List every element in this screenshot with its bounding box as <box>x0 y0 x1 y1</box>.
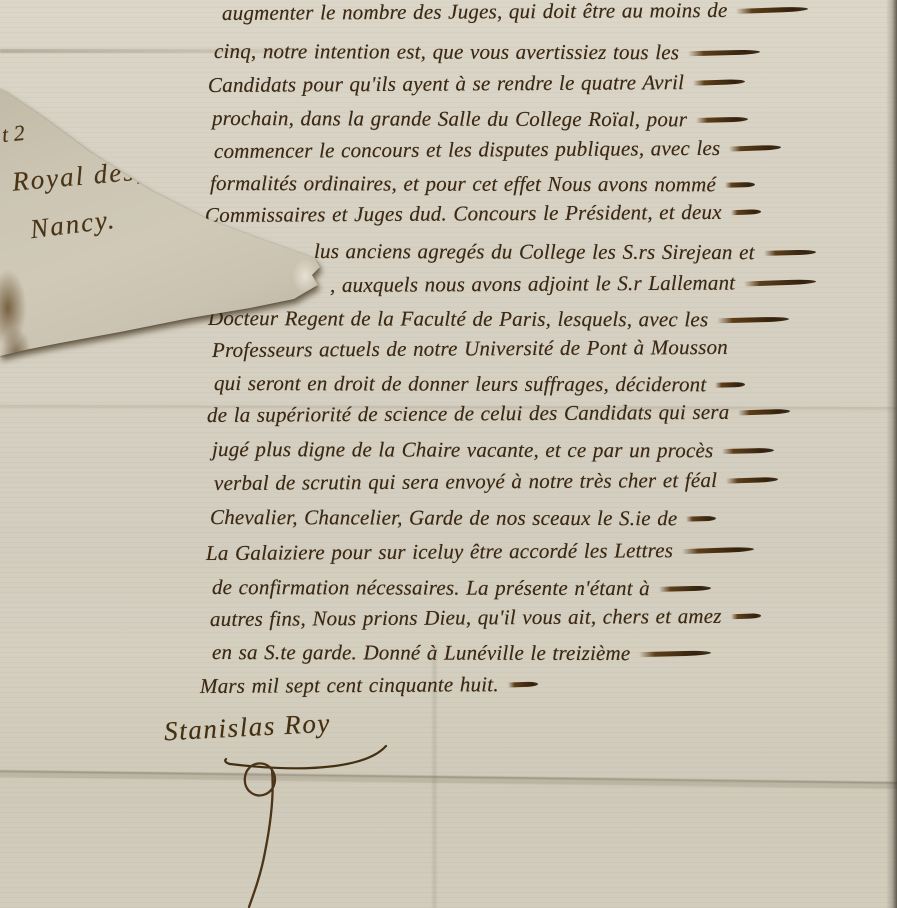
letter-line: Chevalier, Chancelier, Garde de nos scea… <box>210 502 717 533</box>
torn-paper-flap-surface: t 2 Royal des, Nancy. <box>0 85 334 365</box>
margin-note-line: Nancy. <box>28 204 117 245</box>
letter-line: de confirmation nécessaires. La présente… <box>212 572 711 603</box>
letter-line: qui seront en droit de donner leurs suff… <box>214 368 746 399</box>
letter-line: cinq, notre intention est, que vous aver… <box>214 36 760 67</box>
letter-line: en sa S.te garde. Donné à Lunéville le t… <box>212 637 712 668</box>
letter-line: La Galaiziere pour sur iceluy être accor… <box>206 535 754 568</box>
page-edge-shadow <box>886 0 897 908</box>
flap-stain <box>0 263 38 381</box>
margin-note-line: t 2 <box>1 120 26 148</box>
letter-line: lus anciens agregés du College les S.rs … <box>314 236 816 267</box>
letter-line: verbal de scrutin qui sera envoyé à notr… <box>214 465 778 498</box>
flap-torn-tip <box>288 253 322 299</box>
letter-line: Mars mil sept cent cinquante huit. <box>200 669 538 701</box>
letter-line: autres fins, Nous prions Dieu, qu'il vou… <box>210 601 761 634</box>
letter-line: , auxquels nous avons adjoint le S.r Lal… <box>330 267 816 300</box>
letter-line: jugé plus digne de la Chaire vacante, et… <box>212 434 774 465</box>
torn-paper-flap: t 2 Royal des, Nancy. <box>0 85 334 365</box>
letter-line: augmenter le nombre des Juges, qui doit … <box>222 0 809 28</box>
letter-line: de la supériorité de science de celui de… <box>207 396 791 430</box>
margin-note-line: Royal des, <box>11 155 146 197</box>
